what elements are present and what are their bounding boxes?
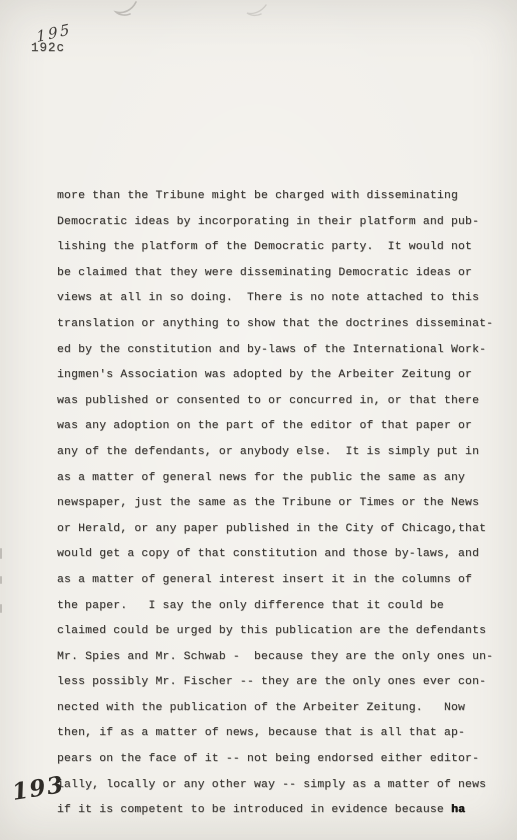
last-line-text: if it is competent to be introduced in e… — [57, 804, 451, 816]
text-line: ingmen's Association was adopted by the … — [57, 363, 487, 389]
text-line-last: if it is competent to be introduced in e… — [57, 798, 487, 824]
text-line: would get a copy of that constitution an… — [57, 542, 487, 568]
text-line: was published or consented to or concurr… — [57, 389, 487, 415]
text-line: newspaper, just the same as the Tribune … — [57, 491, 487, 517]
text-line: more than the Tribune might be charged w… — [57, 184, 487, 210]
overstruck-word: ha — [451, 804, 465, 816]
text-line: views at all in so doing. There is no no… — [57, 286, 487, 312]
text-line: or Herald, or any paper published in the… — [57, 517, 487, 543]
typed-page-number: 192c — [31, 41, 65, 55]
text-line: Democratic ideas by incorporating in the… — [57, 210, 487, 236]
text-line: any of the defendants, or anybody else. … — [57, 440, 487, 466]
pencil-smudge-icon — [244, 3, 274, 23]
text-line: was any adoption on the part of the edit… — [57, 414, 487, 440]
text-line: Mr. Spies and Mr. Schwab - because they … — [57, 645, 487, 671]
text-line: ed by the constitution and by-laws of th… — [57, 338, 487, 364]
scanned-document-page: 195 192c more than the Tribune might be … — [0, 0, 517, 840]
text-line: then, if as a matter of news, because th… — [57, 721, 487, 747]
scan-artifact — [0, 548, 2, 559]
pencil-smudge-icon — [110, 0, 144, 22]
text-line: translation or anything to show that the… — [57, 312, 487, 338]
document-body: more than the Tribune might be charged w… — [57, 184, 487, 824]
document-body-lines: more than the Tribune might be charged w… — [57, 184, 487, 798]
text-line: less possibly Mr. Fischer -- they are th… — [57, 670, 487, 696]
text-line: be claimed that they were disseminating … — [57, 261, 487, 287]
text-line: lishing the platform of the Democratic p… — [57, 235, 487, 261]
text-line: claimed could be urged by this publicati… — [57, 619, 487, 645]
text-line: as a matter of general news for the publ… — [57, 466, 487, 492]
text-line: ially, locally or any other way -- simpl… — [57, 773, 487, 799]
scan-artifact — [0, 604, 2, 613]
text-line: as a matter of general interest insert i… — [57, 568, 487, 594]
text-line: the paper. I say the only difference tha… — [57, 594, 487, 620]
text-line: pears on the face of it -- not being end… — [57, 747, 487, 773]
text-line: nected with the publication of the Arbei… — [57, 696, 487, 722]
scan-artifact — [0, 576, 2, 584]
